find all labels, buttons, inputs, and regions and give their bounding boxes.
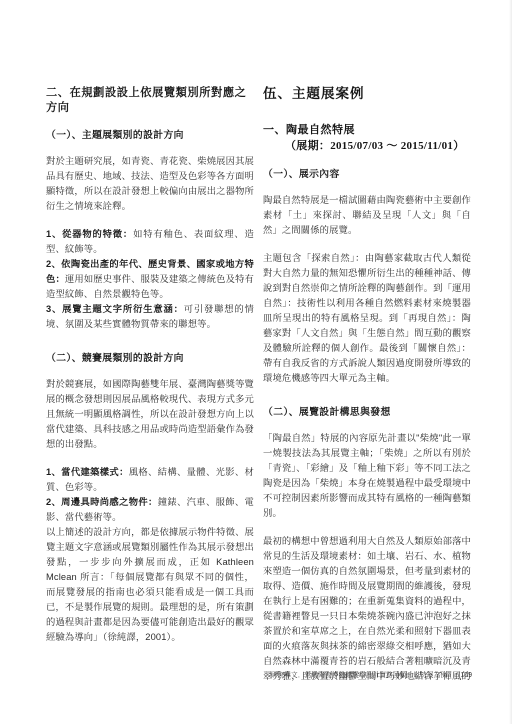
numbered-item-list: 1、當代建築樣式：風格、結構、量體、光影、材質、色彩等。 2、周邊具時尚感之物件… <box>46 465 254 525</box>
paragraph: 對於主題研究展，如青瓷、青花瓷、柴燒展因其展品具有歷史、地域、技法、造型及色彩等… <box>46 154 254 214</box>
two-column-layout: 二、在規劃設設上依展覽類別所對應之方向 （一）、主題展類別的設計方向 對於主題研… <box>46 86 471 697</box>
section-heading-2: 二、在規劃設設上依展覽類別所對應之方向 <box>46 86 254 116</box>
list-item-label: 1、當代建築樣式： <box>46 467 129 477</box>
list-item: 2、周邊具時尚感之物件：鐘錶、汽車、服飾、電影、當代藝術等。 <box>46 495 254 525</box>
paragraph: 最初的構想中曾想過利用大自然及人類原始部落中常見的生活及環境素材：如土壤、岩石、… <box>263 534 471 684</box>
document-page: 二、在規劃設設上依展覽類別所對應之方向 （一）、主題展類別的設計方向 對於主題研… <box>0 0 512 724</box>
footer-page-number: 109 <box>460 672 472 679</box>
paragraph: 陶最自然特展是一檔試圖藉由陶瓷藝術中主要創作素材「土」來探討、聯結及呈現「人文」… <box>263 193 471 238</box>
right-column: 伍、主題展案例 一、陶最自然特展 （展期：2015/07/03 ～ 2015/1… <box>263 86 471 697</box>
paragraph: 主題包含「探索自然」：由陶藝家截取古代人類從對大自然力量的無知恐懼所衍生出的種種… <box>263 251 471 386</box>
list-item-label: 3、展覽主題文字所衍生意涵： <box>46 304 184 314</box>
list-item-label: 1、從器物的特徵： <box>46 229 133 239</box>
numbered-item-list: 1、從器物的特徵：如特有釉色、表面紋理、造型、紋飾等。 2、依陶瓷出產的年代、歷… <box>46 227 254 332</box>
list-item-label: 2、周邊具時尚感之物件： <box>46 497 158 507</box>
left-column: 二、在規劃設設上依展覽類別所對應之方向 （一）、主題展類別的設計方向 對於主題研… <box>46 86 254 697</box>
page-footer: 研究專文．鶯歌陶瓷博物館展場設計實務回顧：以特展為例 109 <box>271 669 472 679</box>
chapter-heading: 伍、主題展案例 <box>263 86 471 102</box>
list-item: 1、從器物的特徵：如特有釉色、表面紋理、造型、紋飾等。 <box>46 227 254 257</box>
footer-running-title: 研究專文．鶯歌陶瓷博物館展場設計實務回顧：以特展為例 <box>271 669 448 679</box>
subsection-heading-1-1: （一）、主題展類別的設計方向 <box>46 129 254 143</box>
paragraph: 對於競賽展，如國際陶藝雙年展、臺灣陶藝獎等覽展的概念發想則因展品風格較現代、表現… <box>46 377 254 452</box>
exhibit-title: 一、陶最自然特展 <box>263 122 471 138</box>
list-item: 2、依陶瓷出產的年代、歷史背景、國家或地方特色：運用如歷史事件、服裝及建築之傳統… <box>46 257 254 302</box>
list-item: 1、當代建築樣式：風格、結構、量體、光影、材質、色彩等。 <box>46 465 254 495</box>
subsection-heading-2-1: （一）、展示內容 <box>263 168 471 182</box>
paragraph: 以上簡述的設計方向，都是依據展示物件特徵、展覽主題文字意涵或展覽類別屬性作為其展… <box>46 525 254 645</box>
subsection-heading-1-2: （二）、競賽展類別的設計方向 <box>46 352 254 366</box>
subsection-heading-2-2: （二）、展覽設計構思與發想 <box>263 406 471 420</box>
paragraph: 「陶最自然」特展的內容原先計畫以"柴燒"此一單一燒製技法為其展覽主軸；「柴燒」之… <box>263 431 471 521</box>
list-item-text: 運用如歷史事件、服裝及建築之傳統色及特有造型紋飾、自然景觀特色等。 <box>46 274 254 299</box>
list-item: 3、展覽主題文字所衍生意涵：可引發聯想的情境、氛圍及某些實體物質帶來的聯想等。 <box>46 302 254 332</box>
exhibit-period: （展期：2015/07/03 ～ 2015/11/01） <box>263 138 471 154</box>
